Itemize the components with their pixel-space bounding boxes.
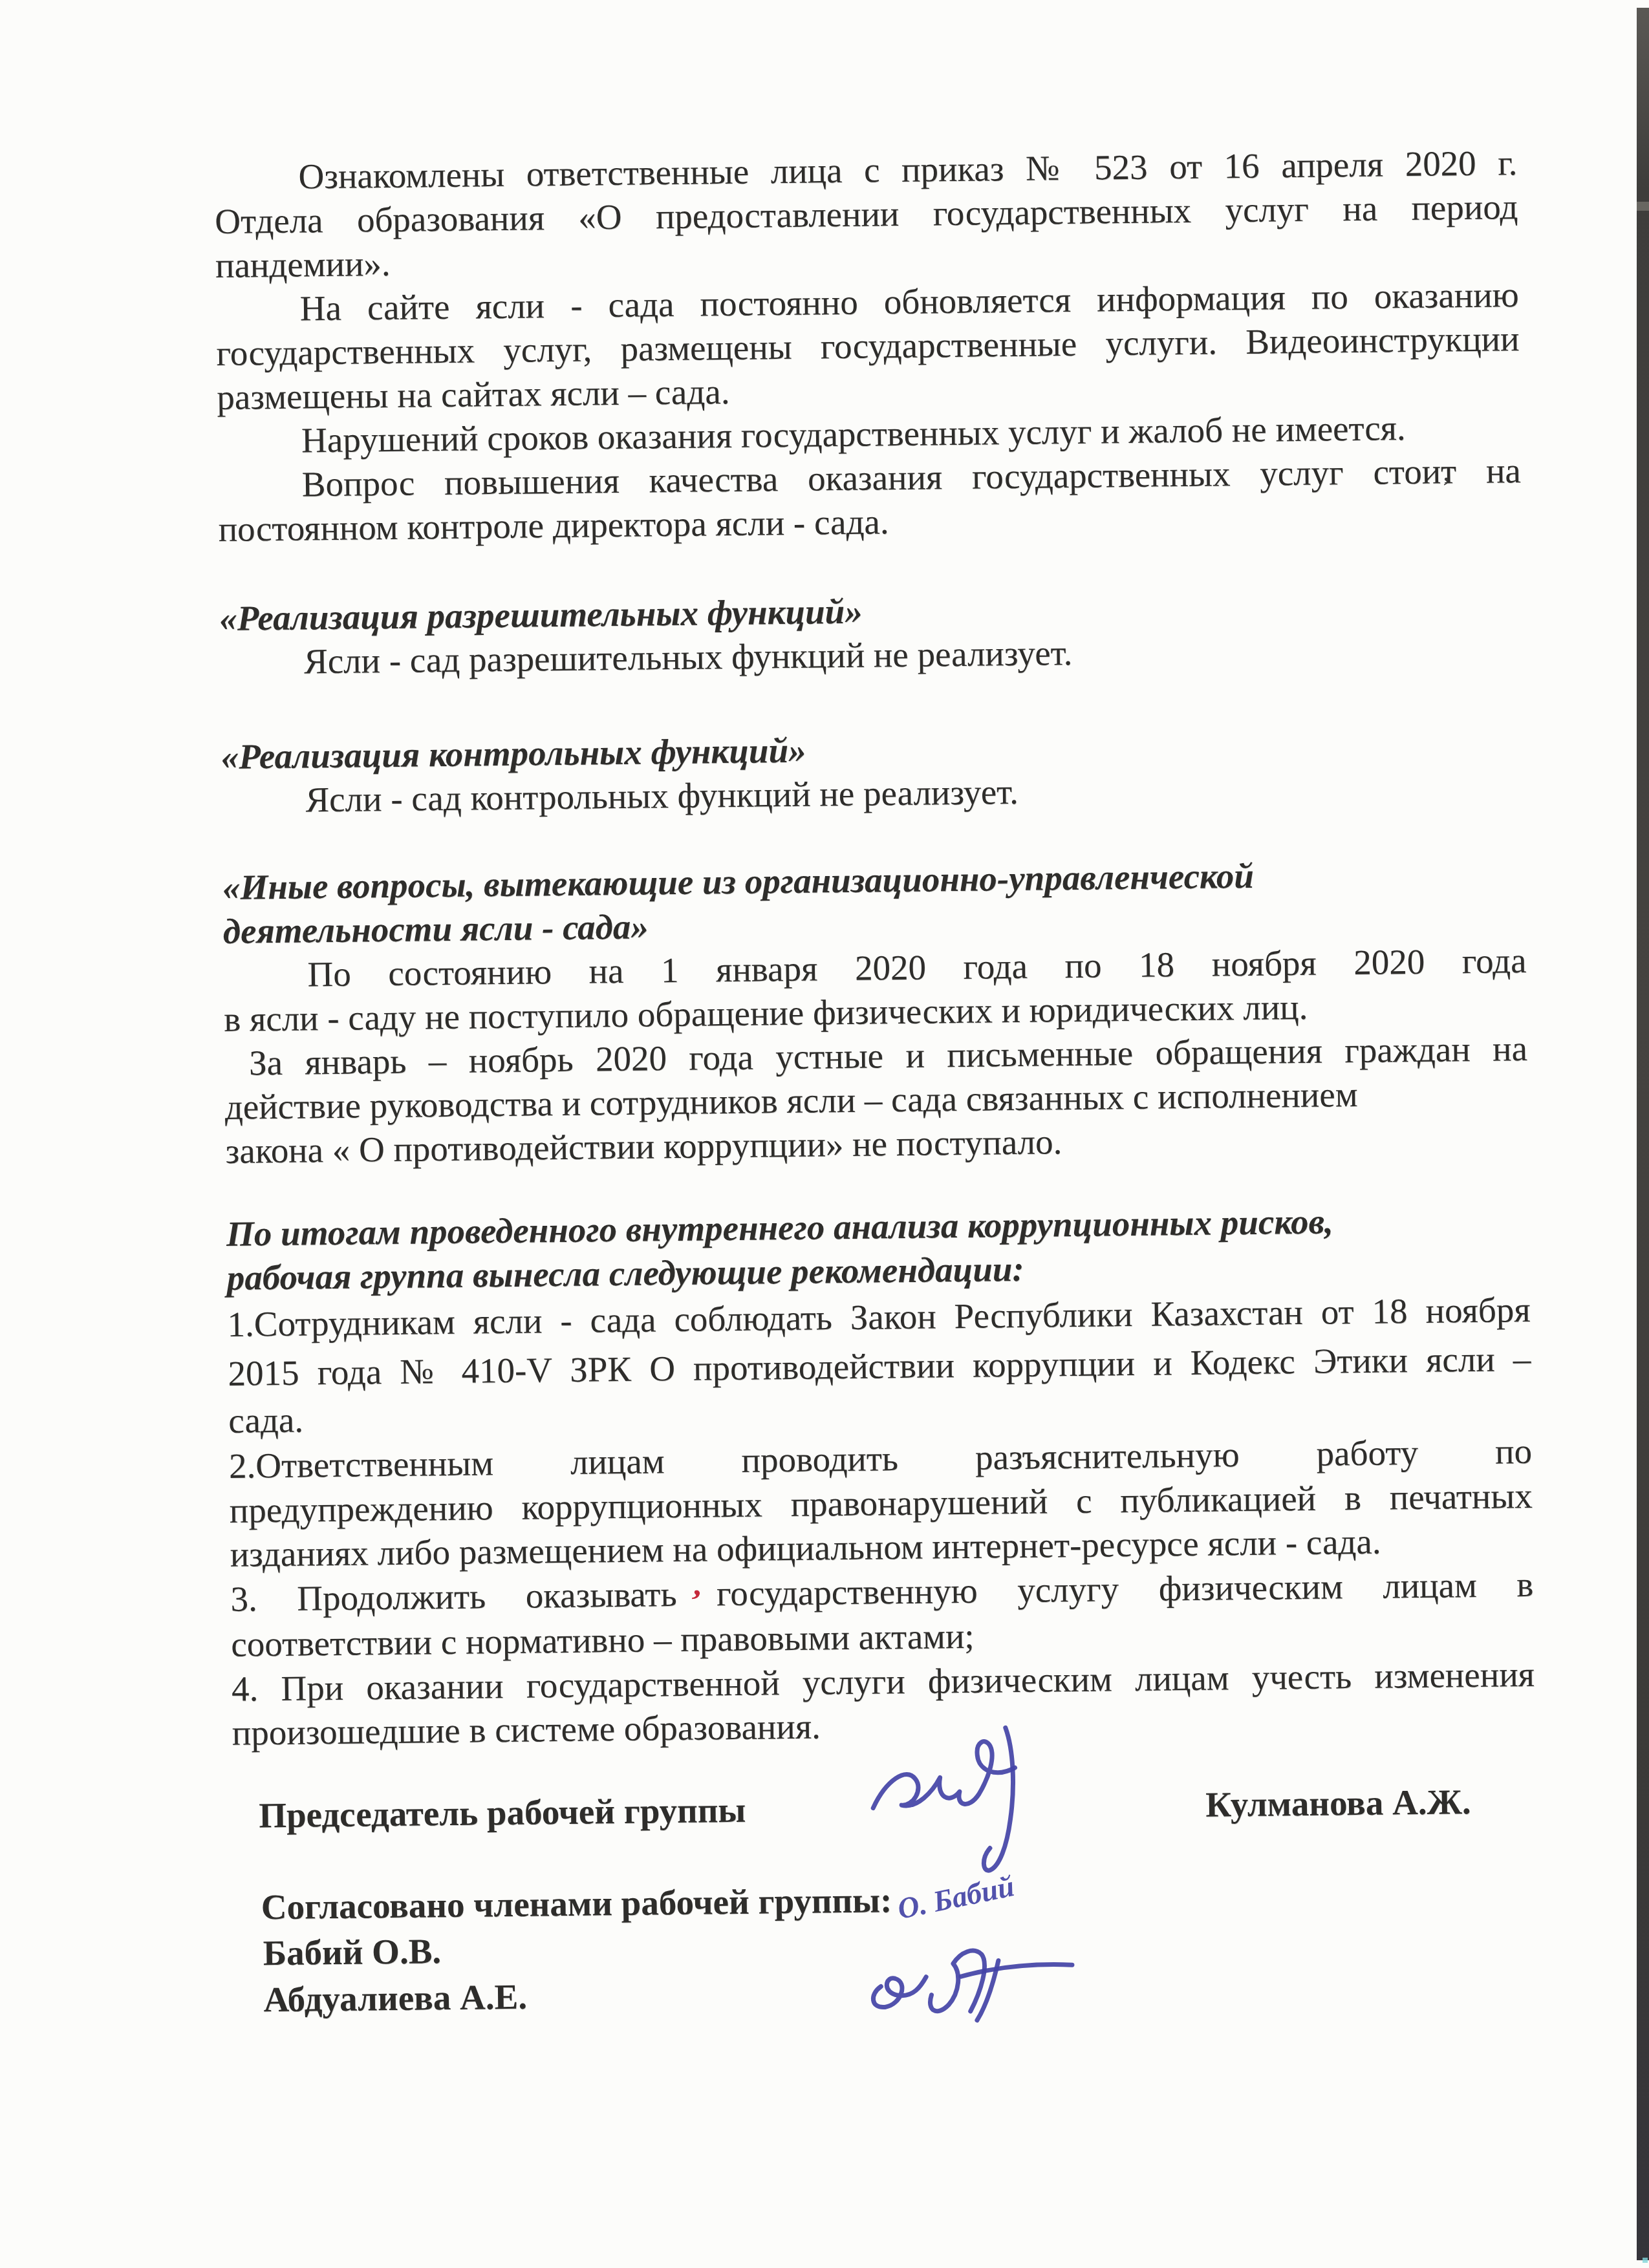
chairman-signoff-row: Председатель рабочей группы Кулманова А.… xyxy=(233,1779,1536,1838)
document-text-column: Ознакомлены ответственные лица с приказ … xyxy=(212,0,1538,2024)
scanner-edge-glint xyxy=(1637,202,1649,211)
stray-apostrophe-mark: ’ xyxy=(1441,473,1452,502)
member2-name: Абдуалиева А.Е. xyxy=(263,1974,527,2024)
member1-name: Бабий О.В. xyxy=(263,1928,441,1976)
scanner-edge-artifact-dot xyxy=(1643,2258,1648,2263)
chairman-label: Председатель рабочей группы xyxy=(259,1788,746,1838)
agreed-label: Согласовано членами рабочей группы: xyxy=(261,1878,892,1930)
chairman-name: Кулманова А.Ж. xyxy=(1205,1780,1471,1827)
scanner-edge-strip xyxy=(1637,8,1649,2260)
scanned-document-page: Ознакомлены ответственные лица с приказ … xyxy=(0,0,1649,2268)
document-skew-layer: Ознакомлены ответственные лица с приказ … xyxy=(0,0,1649,2268)
